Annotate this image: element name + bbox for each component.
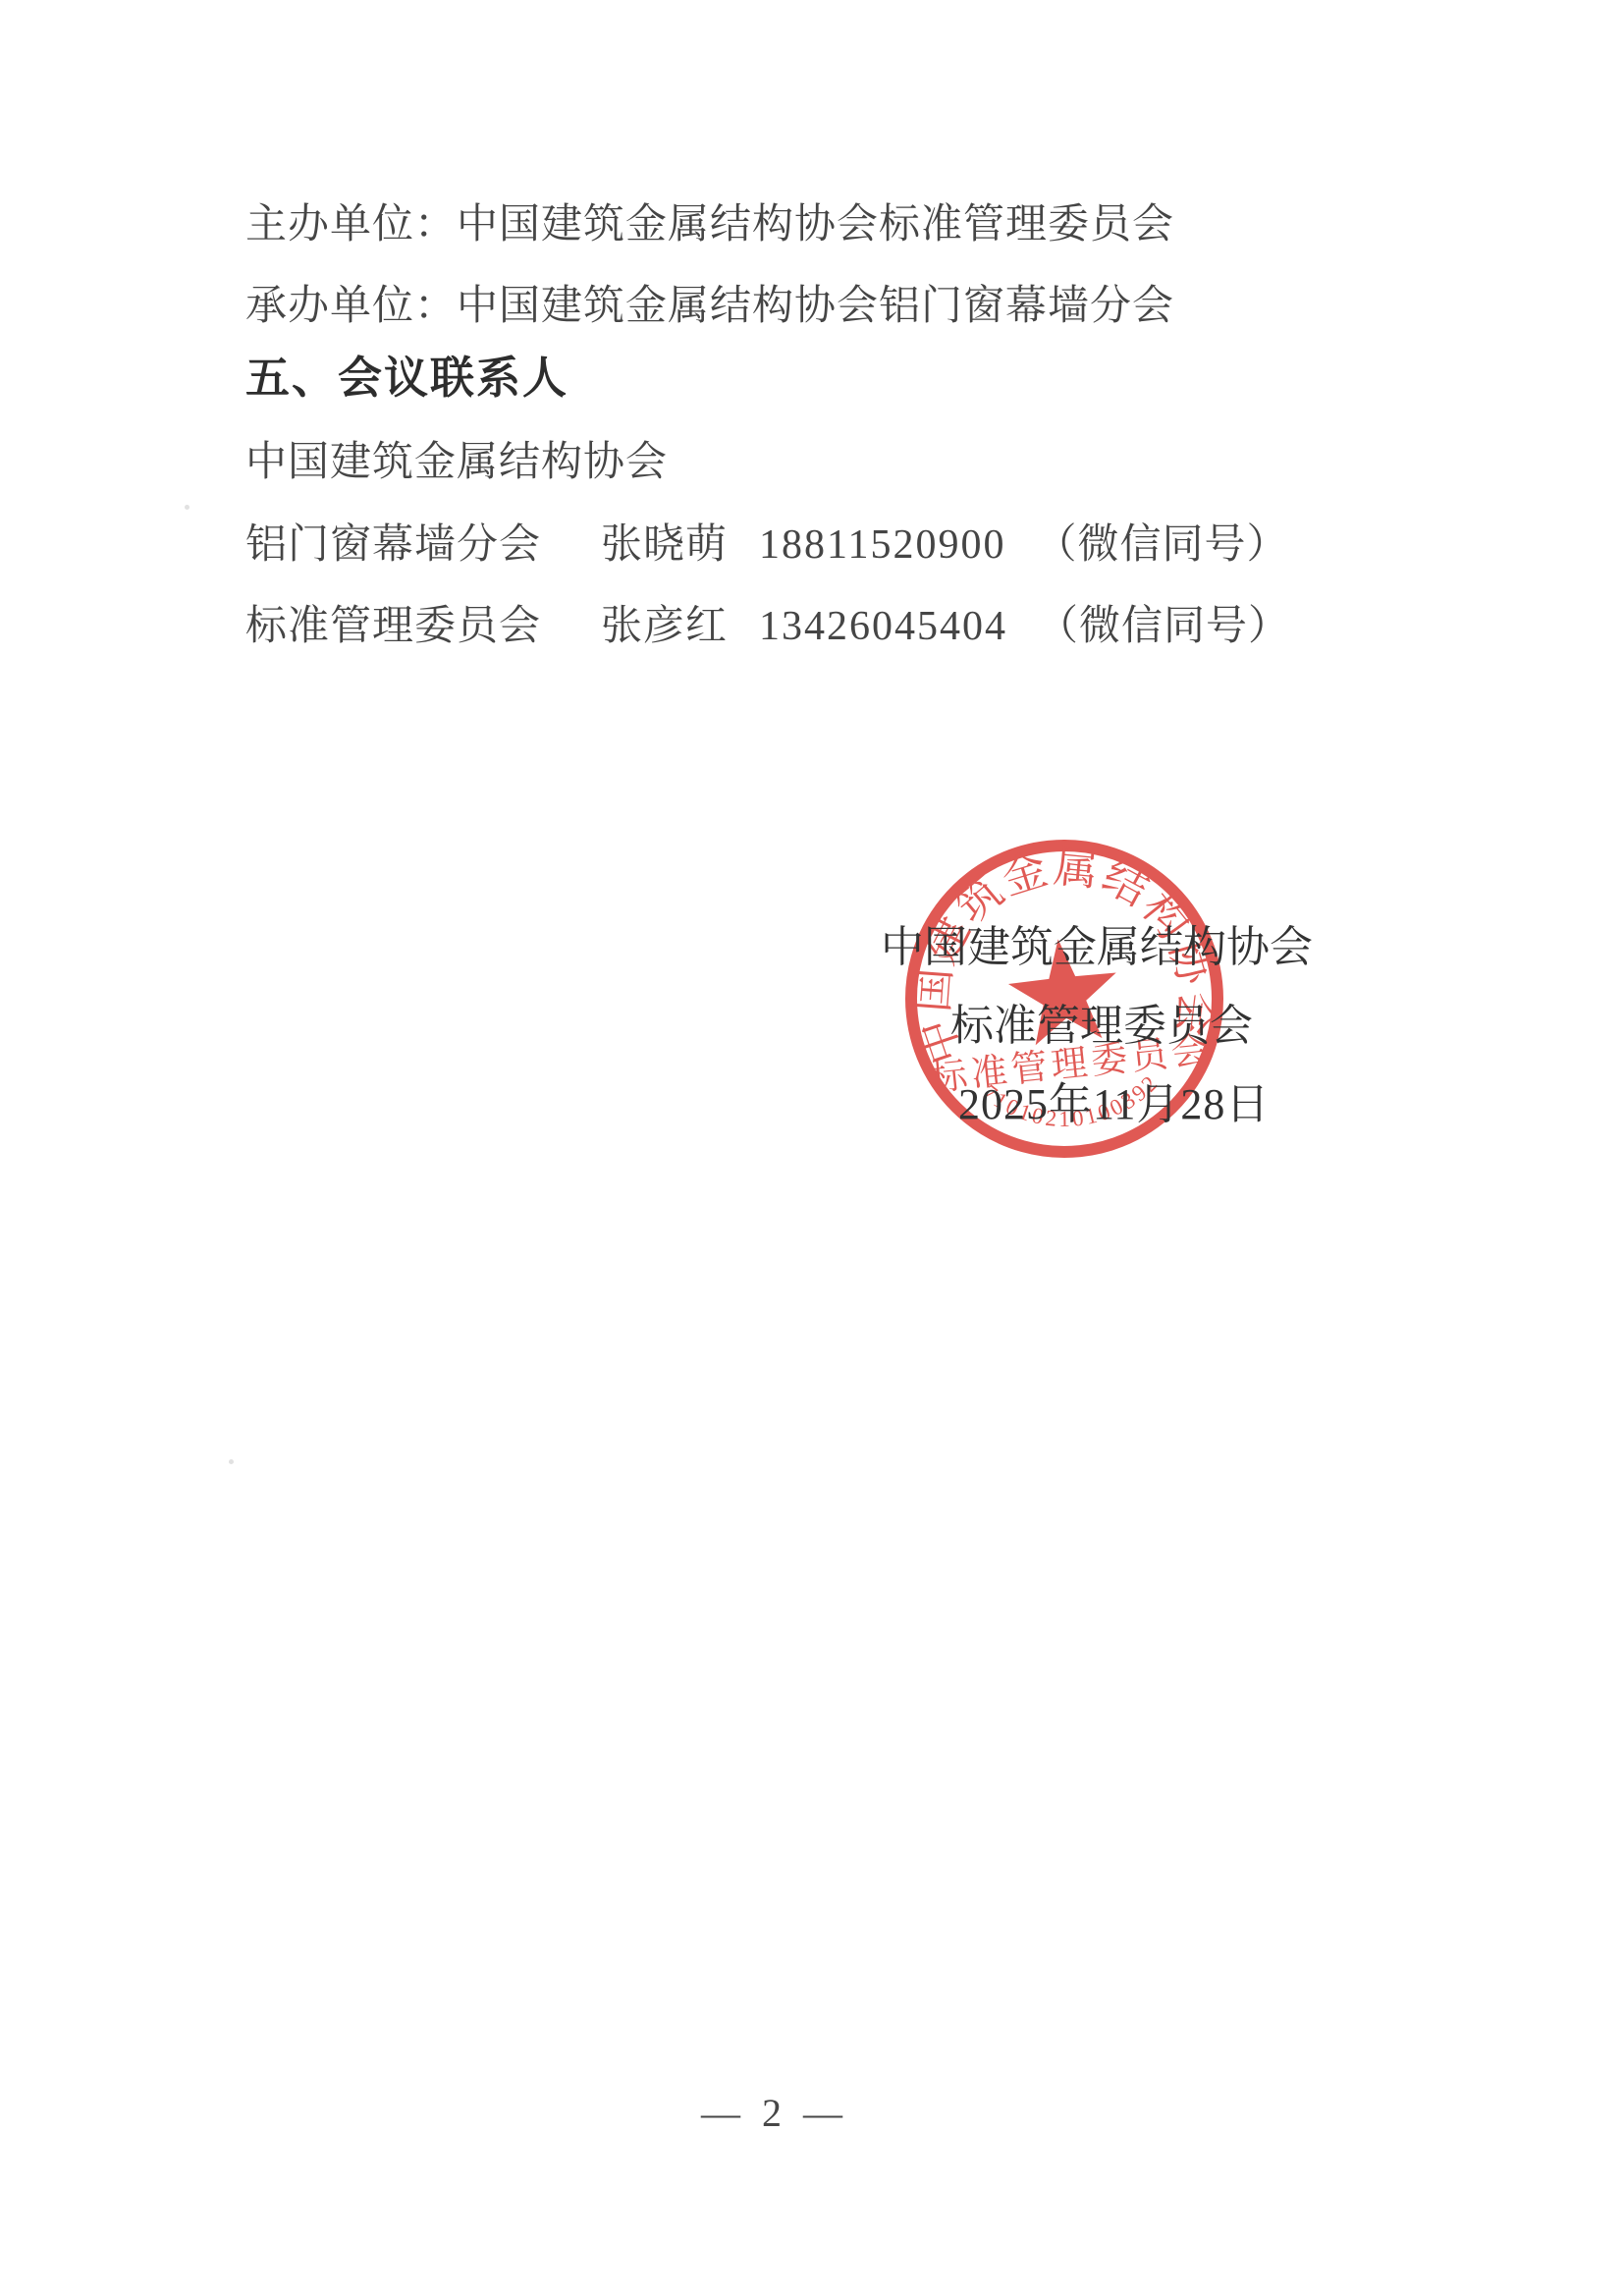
- contact-row: 铝门窗幕墙分会 张晓萌 18811520900 （微信同号）: [245, 520, 1288, 570]
- contact-phone: 18811520900: [759, 520, 1005, 570]
- contact-dept: 铝门窗幕墙分会: [245, 520, 550, 570]
- scan-speck: [229, 1459, 234, 1464]
- contact-row: 标准管理委员会 张彦红 13426045404 （微信同号）: [245, 602, 1290, 651]
- section-heading: 五、会议联系人: [245, 352, 568, 405]
- contact-phone: 13426045404: [759, 602, 1007, 651]
- signature-org-line1: 中国建筑金属结构协会: [881, 911, 1313, 974]
- contact-wechat-note: （微信同号）: [1035, 520, 1288, 570]
- scan-speck: [185, 505, 189, 510]
- contact-dept: 标准管理委员会: [245, 602, 550, 651]
- signature-date: 2025年11月28日: [958, 1068, 1270, 1131]
- signature-org-line2: 标准管理委员会: [950, 990, 1253, 1053]
- host-unit-line: 主办单位：中国建筑金属结构协会标准管理委员会: [245, 200, 1174, 249]
- contact-name: 张彦红: [601, 602, 728, 651]
- association-name-line: 中国建筑金属结构协会: [245, 438, 668, 487]
- document-page: 主办单位：中国建筑金属结构协会标准管理委员会 承办单位：中国建筑金属结构协会铝门…: [0, 0, 1624, 2296]
- contact-name: 张晓萌: [601, 520, 728, 570]
- contact-wechat-note: （微信同号）: [1037, 602, 1290, 651]
- organizer-unit-line: 承办单位：中国建筑金属结构协会铝门窗幕墙分会: [245, 282, 1174, 331]
- page-number: — 2 —: [701, 2090, 848, 2136]
